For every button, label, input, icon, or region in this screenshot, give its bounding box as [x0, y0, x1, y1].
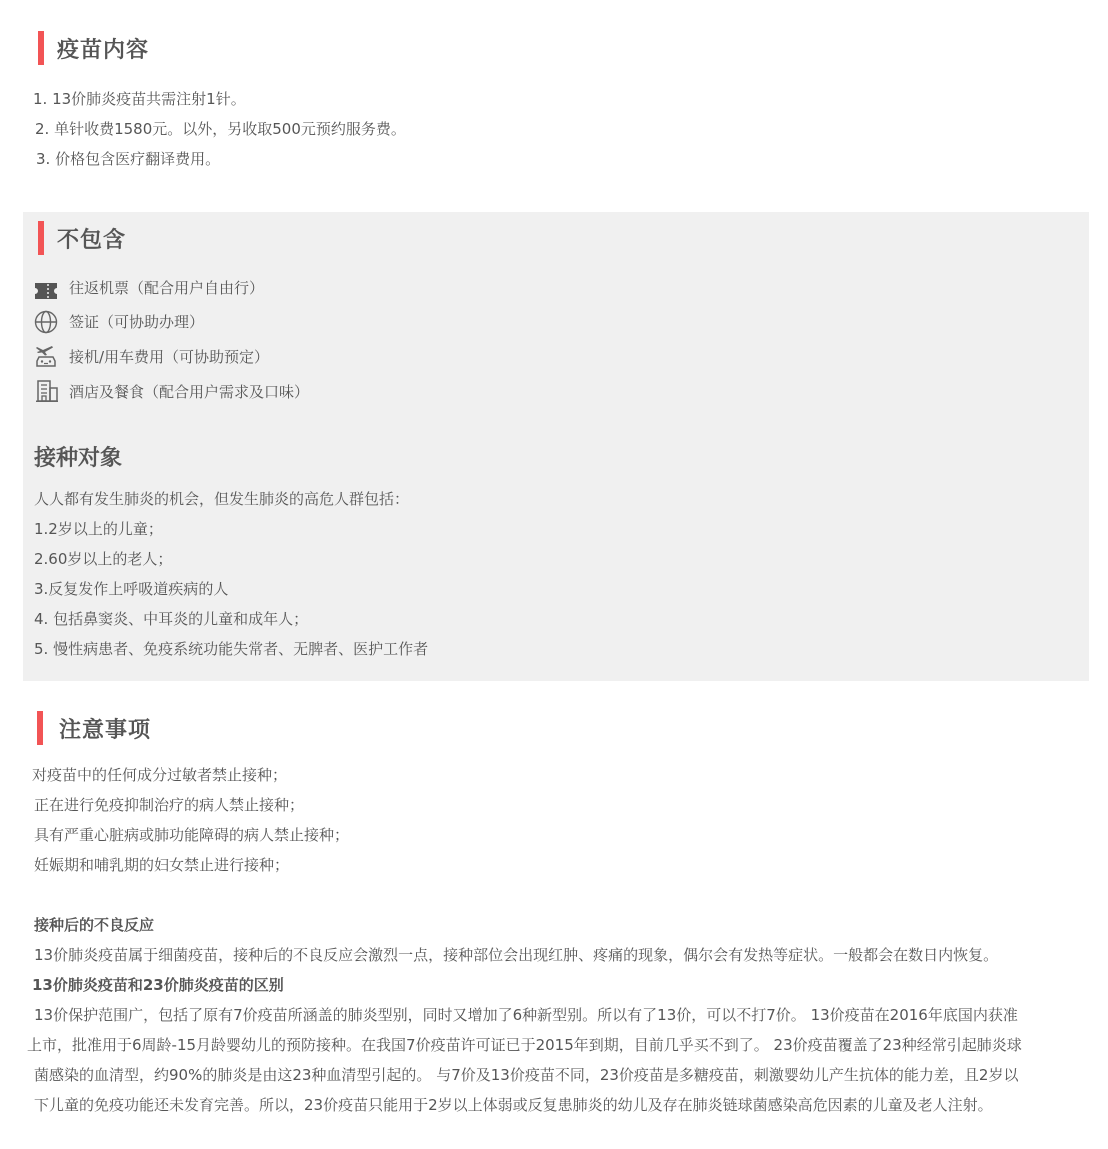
list-item: 4. 包括鼻窦炎、中耳炎的儿童和成年人； — [34, 609, 308, 629]
not-included-item: 酒店及餐食（配合用户需求及口味） — [69, 382, 309, 402]
adverse-reactions-text: 13价肺炎疫苗属于细菌疫苗，接种后的不良反应会激烈一点，接种部位会出现红肿、疼痛… — [34, 945, 998, 965]
difference-title: 13价肺炎疫苗和23价肺炎疫苗的区别 — [32, 975, 284, 995]
ticket-icon — [34, 279, 58, 303]
accent-bar — [38, 31, 44, 65]
section-title: 疫苗内容 — [57, 33, 149, 64]
list-item: 1. 13价肺炎疫苗共需注射1针。 — [33, 89, 246, 109]
not-included-item: 往返机票（配合用户自由行） — [69, 278, 264, 298]
section-title: 注意事项 — [59, 713, 151, 744]
list-item: 1.2岁以上的儿童； — [34, 519, 163, 539]
not-included-item: 接机/用车费用（可协助预定） — [69, 347, 269, 367]
list-item: 2.60岁以上的老人； — [34, 549, 172, 569]
list-item: 3. 价格包含医疗翻译费用。 — [36, 149, 220, 169]
difference-text-line: 上市，批准用于6周龄-15月龄婴幼儿的预防接种。在我国7价疫苗许可证已于2015… — [27, 1035, 1022, 1055]
target-group-title: 接种对象 — [34, 441, 122, 472]
section-title: 不包含 — [57, 223, 126, 254]
list-item: 对疫苗中的任何成分过敏者禁止接种； — [32, 765, 287, 785]
not-included-item: 签证（可协助办理） — [69, 312, 204, 332]
list-item: 正在进行免疫抑制治疗的病人禁止接种； — [34, 795, 304, 815]
globe-icon — [34, 310, 58, 334]
accent-bar — [38, 221, 44, 255]
difference-text-line: 下儿童的免疫功能还未发育完善。所以，23价疫苗只能用于2岁以上体弱或反复患肺炎的… — [34, 1095, 993, 1115]
target-group-intro: 人人都有发生肺炎的机会，但发生肺炎的高危人群包括： — [34, 489, 409, 509]
section-header-precautions: 注意事项 — [37, 711, 151, 745]
adverse-reactions-title: 接种后的不良反应 — [34, 915, 154, 935]
list-item: 2. 单针收费1580元。以外，另收取500元预约服务费。 — [35, 119, 406, 139]
section-header-vaccine-content: 疫苗内容 — [38, 31, 149, 65]
hotel-icon — [35, 379, 59, 403]
list-item: 妊娠期和哺乳期的妇女禁止进行接种； — [34, 855, 289, 875]
section-header-not-included: 不包含 — [38, 221, 126, 255]
difference-text-line: 菌感染的血清型，约90%的肺炎是由这23种血清型引起的。 与7价及13价疫苗不同… — [34, 1065, 1018, 1085]
accent-bar — [37, 711, 43, 745]
list-item: 5. 慢性病患者、免疫系统功能失常者、无脾者、医护工作者 — [34, 639, 428, 659]
difference-text-line: 13价保护范围广，包括了原有7价疫苗所涵盖的肺炎型别，同时又增加了6种新型别。所… — [34, 1005, 1018, 1025]
airport-car-icon — [34, 344, 58, 368]
list-item: 具有严重心脏病或肺功能障碍的病人禁止接种； — [34, 825, 349, 845]
list-item: 3.反复发作上呼吸道疾病的人 — [34, 579, 228, 599]
